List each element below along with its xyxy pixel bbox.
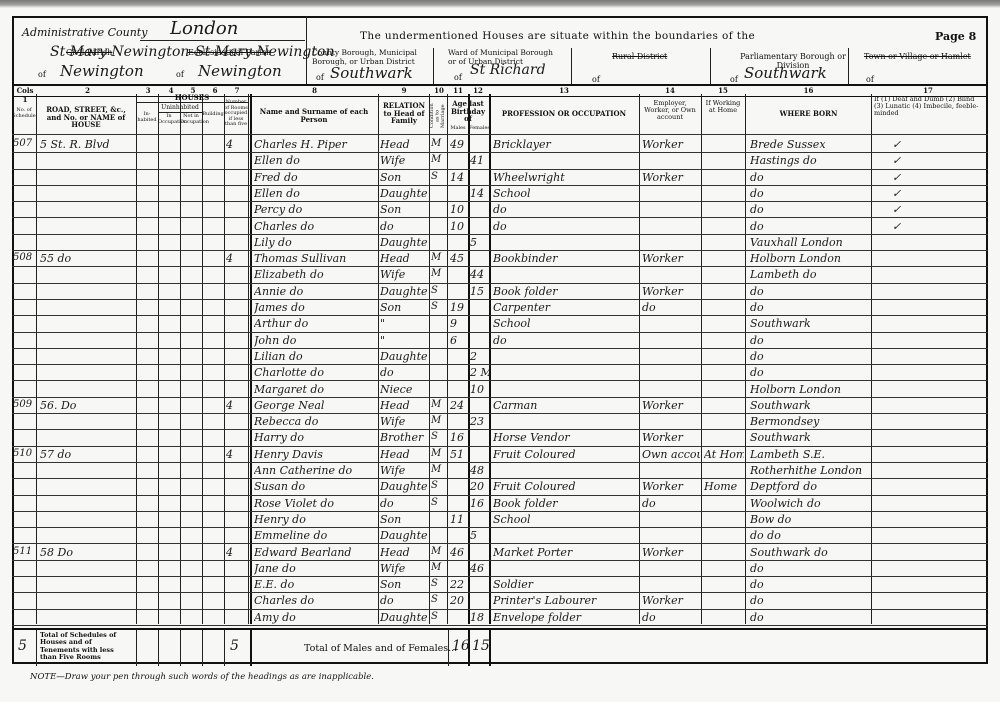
female-age-cell: 16 <box>470 497 489 510</box>
relation-cell: Daughter <box>380 350 428 363</box>
schedules-total: 5 <box>18 638 27 654</box>
female-age-cell: 15 <box>470 285 489 298</box>
occupation-cell: Wheelwright <box>493 171 638 184</box>
schedules-total-label: Total of Schedules of Houses and of Tene… <box>40 632 132 662</box>
marital-condition-cell: M <box>431 268 447 279</box>
parl-borough-value: Southwark <box>744 64 827 82</box>
person-name-cell: Ann Catherine do <box>254 464 376 477</box>
schedule-number-cell: 509 <box>13 399 35 410</box>
rooms-total: 5 <box>230 638 239 654</box>
male-age-cell: 24 <box>450 399 468 412</box>
marital-condition-cell: S <box>431 594 447 605</box>
occupation-cell: Envelope folder <box>493 611 638 624</box>
infirmity-cell: ✓ <box>892 220 952 233</box>
schedule-number-cell: 508 <box>13 252 35 263</box>
marital-condition-cell: M <box>431 546 447 557</box>
occupation-cell: Printer's Labourer <box>493 594 638 607</box>
county-borough-of: of <box>316 73 324 82</box>
table-row: Jane doWifeM46do <box>12 560 988 576</box>
table-row: Ellen doWifeM41Hastings do✓ <box>12 152 988 168</box>
employment-status-cell: do <box>642 497 700 510</box>
table-row: Elizabeth doWifeM44Lambeth do <box>12 266 988 282</box>
occupation-cell: Market Porter <box>493 546 638 559</box>
parl-borough-of: of <box>730 75 738 84</box>
county-borough-value: Southwark <box>330 64 413 82</box>
where-born-cell: do <box>750 171 870 184</box>
where-born-cell: do <box>750 594 870 607</box>
marital-condition-cell: M <box>431 154 447 165</box>
relation-cell: Head <box>380 399 428 412</box>
employment-status-cell: Worker <box>642 285 700 298</box>
person-name-cell: Henry Davis <box>254 448 376 461</box>
relation-cell: Wife <box>380 154 428 167</box>
where-born-cell: Lambeth S.E. <box>750 448 870 461</box>
table-row: Harry doBrotherS16Horse VendorWorkerSout… <box>12 429 988 445</box>
relation-cell: Daughter <box>380 236 428 249</box>
person-name-cell: George Neal <box>254 399 376 412</box>
person-name-cell: Charles do <box>254 594 376 607</box>
relation-cell: do <box>380 366 428 379</box>
where-born-cell: Vauxhall London <box>750 236 870 249</box>
col8-heading: Name and Surname of each Person <box>252 108 376 123</box>
person-name-cell: Henry do <box>254 513 376 526</box>
marital-condition-cell: S <box>431 171 447 182</box>
employment-status-cell: Worker <box>642 252 700 265</box>
marital-condition-cell: M <box>431 464 447 475</box>
where-born-cell: do <box>750 187 870 200</box>
marital-condition-cell: S <box>431 431 447 442</box>
relation-cell: Niece <box>380 383 428 396</box>
where-born-cell: do <box>750 578 870 591</box>
table-row: 50956. Do4George NealHeadM24CarmanWorker… <box>12 397 988 413</box>
where-born-cell: do <box>750 611 870 624</box>
male-age-cell: 6 <box>450 334 468 347</box>
where-born-cell: do <box>750 350 870 363</box>
col2-heading: ROAD, STREET, &c., and No. or NAME of HO… <box>38 106 134 129</box>
civil-parish-of: of <box>38 70 46 79</box>
female-age-cell: 10 <box>470 383 489 396</box>
occupation-cell: Book folder <box>493 285 638 298</box>
female-age-cell: 48 <box>470 464 489 477</box>
relation-cell: Wife <box>380 464 428 477</box>
marital-condition-cell: M <box>431 252 447 263</box>
employment-status-cell: Worker <box>642 480 700 493</box>
table-row: Amy doDaughterS18Envelope folderdodo <box>12 609 988 625</box>
relation-cell: Head <box>380 448 428 461</box>
female-age-cell: 5 <box>470 529 489 542</box>
marital-condition-cell: S <box>431 480 447 491</box>
female-age-cell: 44 <box>470 268 489 281</box>
relation-cell: Brother <box>380 431 428 444</box>
female-age-cell: 14 <box>470 187 489 200</box>
col11-12-heading: Age last Birthday of <box>448 100 488 123</box>
employment-status-cell: Worker <box>642 546 700 559</box>
infirmity-cell: ✓ <box>892 154 952 167</box>
female-age-cell: 20 <box>470 480 489 493</box>
col6-heading: Building <box>202 112 224 118</box>
where-born-cell: Brede Sussex <box>750 138 870 151</box>
schedule-number-cell: 507 <box>13 138 35 149</box>
relation-cell: Daughter <box>380 529 428 542</box>
person-name-cell: Percy do <box>254 203 376 216</box>
employment-status-cell: Worker <box>642 431 700 444</box>
where-born-cell: do do <box>750 529 870 542</box>
occupation-cell: Carman <box>493 399 638 412</box>
occupation-cell: do <box>493 220 638 233</box>
where-born-cell: Bermondsey <box>750 415 870 428</box>
relation-cell: Wife <box>380 268 428 281</box>
employment-status-cell: Own account <box>642 448 700 461</box>
marital-condition-cell: M <box>431 562 447 573</box>
where-born-cell: Southwark <box>750 317 870 330</box>
female-age-cell: 5 <box>470 236 489 249</box>
marital-condition-cell: M <box>431 415 447 426</box>
footnote: NOTE—Draw your pen through such words of… <box>30 672 374 682</box>
females-total: 15 <box>472 638 490 654</box>
admin-county-value: London <box>170 18 238 39</box>
employment-status-cell: do <box>642 301 700 314</box>
male-age-cell: 9 <box>450 317 468 330</box>
person-name-cell: John do <box>254 334 376 347</box>
intro-text: The undermentioned Houses are situate wi… <box>360 30 755 42</box>
col15-heading: If Working at Home <box>702 100 744 114</box>
relation-cell: do <box>380 220 428 233</box>
marital-condition-cell: S <box>431 285 447 296</box>
relation-cell: Daughter <box>380 480 428 493</box>
person-name-cell: Susan do <box>254 480 376 493</box>
occupation-cell: Bricklayer <box>493 138 638 151</box>
col14-heading: Employer, Worker, or Own account <box>640 100 700 121</box>
person-name-cell: Arthur do <box>254 317 376 330</box>
where-born-cell: do <box>750 366 870 379</box>
person-name-cell: Edward Bearland <box>254 546 376 559</box>
person-name-cell: E.E. do <box>254 578 376 591</box>
relation-cell: Son <box>380 203 428 216</box>
col4-heading: In Occupation <box>158 114 180 125</box>
where-born-cell: Bow do <box>750 513 870 526</box>
table-row: Rose Violet dodoS16Book folderdoWoolwich… <box>12 495 988 511</box>
scan-edge <box>0 0 1000 8</box>
occupation-cell: School <box>493 513 638 526</box>
table-row: Annie doDaughterS15Book folderWorkerdo <box>12 283 988 299</box>
where-born-cell: Rotherhithe London <box>750 464 870 477</box>
marital-condition-cell: S <box>431 301 447 312</box>
table-row: Arthur do"9SchoolSouthwark <box>12 315 988 331</box>
male-age-cell: 19 <box>450 301 468 314</box>
female-age-cell: 2 Mo <box>470 366 489 379</box>
rooms-occupied-cell: 4 <box>226 448 248 461</box>
col17-heading: If (1) Deaf and Dumb (2) Blind (3) Lunat… <box>874 96 982 117</box>
table-row: John do"6dodo <box>12 332 988 348</box>
female-age-cell: 23 <box>470 415 489 428</box>
infirmity-cell: ✓ <box>892 203 952 216</box>
table-row: James doSonS19Carpenterdodo <box>12 299 988 315</box>
male-age-cell: 22 <box>450 578 468 591</box>
female-age-cell: 41 <box>470 154 489 167</box>
marital-condition-cell: M <box>431 138 447 149</box>
civil-parish-of-value: Newington <box>60 62 144 80</box>
person-name-cell: Lilian do <box>254 350 376 363</box>
occupation-cell: Book folder <box>493 497 638 510</box>
person-name-cell: Thomas Sullivan <box>254 252 376 265</box>
male-age-cell: 11 <box>450 513 468 526</box>
schedule-number-cell: 511 <box>13 546 35 557</box>
employment-status-cell: Worker <box>642 171 700 184</box>
person-name-cell: Elizabeth do <box>254 268 376 281</box>
relation-cell: do <box>380 594 428 607</box>
table-row: Margaret doNiece10Holborn London <box>12 381 988 397</box>
relation-cell: Daughter <box>380 611 428 624</box>
employment-status-cell: Worker <box>642 594 700 607</box>
infirmity-cell: ✓ <box>892 171 952 184</box>
where-born-cell: do <box>750 334 870 347</box>
where-born-cell: do <box>750 301 870 314</box>
occupation-cell: Bookbinder <box>493 252 638 265</box>
male-age-cell: 16 <box>450 431 468 444</box>
relation-cell: Son <box>380 513 428 526</box>
where-born-cell: Hastings do <box>750 154 870 167</box>
col9-heading: RELATION to Head of Family <box>379 102 429 125</box>
person-name-cell: Rose Violet do <box>254 497 376 510</box>
col7-heading: Number of Rooms occupied if less than fi… <box>224 100 248 128</box>
table-row: Fred doSonS14WheelwrightWorkerdo✓ <box>12 169 988 185</box>
female-age-cell: 46 <box>470 562 489 575</box>
person-name-cell: Jane do <box>254 562 376 575</box>
table-row: Henry doSon11SchoolBow do <box>12 511 988 527</box>
table-row: Ellen doDaughter14Schooldo✓ <box>12 185 988 201</box>
col5-heading: Not in Occupation <box>180 114 202 125</box>
marital-condition-cell: M <box>431 448 447 459</box>
rooms-occupied-cell: 4 <box>226 138 248 151</box>
table-row: Lily doDaughter5Vauxhall London <box>12 234 988 250</box>
col1-heading: No. of Schedule <box>12 108 36 119</box>
table-row: Percy doSon10dodo✓ <box>12 201 988 217</box>
relation-cell: Head <box>380 138 428 151</box>
relation-cell: Daughter <box>380 187 428 200</box>
male-age-cell: 45 <box>450 252 468 265</box>
civil-parish-value: St Mary Newington <box>50 44 189 60</box>
census-page: Administrative County London The underme… <box>0 0 1000 702</box>
person-name-cell: Emmeline do <box>254 529 376 542</box>
rooms-occupied-cell: 4 <box>226 399 248 412</box>
occupation-cell: Soldier <box>493 578 638 591</box>
male-age-cell: 46 <box>450 546 468 559</box>
uninhabited-heading: Uninhabited <box>158 105 202 113</box>
relation-cell: Son <box>380 301 428 314</box>
males-total: 16 <box>452 638 470 654</box>
marital-condition-cell: S <box>431 497 447 508</box>
person-name-cell: Ellen do <box>254 187 376 200</box>
person-name-cell: Charles H. Piper <box>254 138 376 151</box>
where-born-cell: Southwark <box>750 399 870 412</box>
employment-status-cell: Worker <box>642 399 700 412</box>
col12-heading: Females <box>469 126 489 132</box>
table-row: 51158 Do4Edward BearlandHeadM46Market Po… <box>12 544 988 560</box>
table-row: Charlotte dodo2 Modo <box>12 364 988 380</box>
marital-condition-cell: M <box>431 399 447 410</box>
infirmity-cell: ✓ <box>892 187 952 200</box>
rural-district-label: Rural District <box>612 52 667 61</box>
marital-condition-cell: S <box>431 578 447 589</box>
relation-cell: Son <box>380 171 428 184</box>
person-name-cell: James do <box>254 301 376 314</box>
town-village-of: of <box>866 75 874 84</box>
female-age-cell: 2 <box>470 350 489 363</box>
relation-cell: Daughter <box>380 285 428 298</box>
working-at-home-cell: At Home <box>704 448 744 461</box>
relation-cell: Head <box>380 252 428 265</box>
col16-heading: WHERE BORN <box>746 110 871 118</box>
occupation-cell: School <box>493 317 638 330</box>
occupation-cell: Fruit Coloured <box>493 448 638 461</box>
address-cell: 5 St. R. Blvd <box>40 138 134 151</box>
eccl-parish-of: of <box>176 70 184 79</box>
occupation-cell: School <box>493 187 638 200</box>
infirmity-cell: ✓ <box>892 138 952 151</box>
rooms-occupied-cell: 4 <box>226 546 248 559</box>
male-age-cell: 49 <box>450 138 468 151</box>
table-row: Susan doDaughterS20Fruit ColouredWorkerH… <box>12 478 988 494</box>
col3-heading: In-habited <box>136 112 158 123</box>
marital-condition-cell: S <box>431 611 447 622</box>
address-cell: 55 do <box>40 252 134 265</box>
ward-value: St Richard <box>470 62 546 78</box>
address-cell: 57 do <box>40 448 134 461</box>
table-row: Lilian doDaughter2do <box>12 348 988 364</box>
col13-heading: PROFESSION OR OCCUPATION <box>490 110 638 118</box>
where-born-cell: Southwark <box>750 431 870 444</box>
males-females-label: Total of Males and of Females... <box>304 643 457 654</box>
relation-cell: " <box>380 317 428 330</box>
where-born-cell: do <box>750 562 870 575</box>
relation-cell: Son <box>380 578 428 591</box>
table-row: 51057 do4Henry DavisHeadM51Fruit Coloure… <box>12 446 988 462</box>
page-number: Page 8 <box>935 30 976 43</box>
address-cell: 56. Do <box>40 399 134 412</box>
occupation-cell: Carpenter <box>493 301 638 314</box>
person-name-cell: Rebecca do <box>254 415 376 428</box>
relation-cell: Wife <box>380 562 428 575</box>
where-born-cell: Woolwich do <box>750 497 870 510</box>
where-born-cell: Southwark do <box>750 546 870 559</box>
col11-heading: Males <box>448 126 468 132</box>
person-name-cell: Charles do <box>254 220 376 233</box>
employment-status-cell: Worker <box>642 138 700 151</box>
ward-of: of <box>454 73 462 82</box>
female-age-cell: 18 <box>470 611 489 624</box>
where-born-cell: Holborn London <box>750 383 870 396</box>
person-name-cell: Amy do <box>254 611 376 624</box>
occupation-cell: Fruit Coloured <box>493 480 638 493</box>
person-name-cell: Ellen do <box>254 154 376 167</box>
occupation-cell: Horse Vendor <box>493 431 638 444</box>
census-table: No. of Schedule ROAD, STREET, &c., and N… <box>12 94 988 624</box>
relation-cell: Head <box>380 546 428 559</box>
relation-cell: " <box>380 334 428 347</box>
person-name-cell: Fred do <box>254 171 376 184</box>
rural-district-of: of <box>592 75 600 84</box>
employment-status-cell: do <box>642 611 700 624</box>
town-village-label: Town or Village or Hamlet <box>864 52 971 61</box>
where-born-cell: Holborn London <box>750 252 870 265</box>
person-name-cell: Annie do <box>254 285 376 298</box>
schedule-number-cell: 510 <box>13 448 35 459</box>
male-age-cell: 51 <box>450 448 468 461</box>
male-age-cell: 10 <box>450 220 468 233</box>
address-cell: 58 Do <box>40 546 134 559</box>
table-row: Emmeline doDaughter5do do <box>12 527 988 543</box>
table-row: E.E. doSonS22Soldierdo <box>12 576 988 592</box>
table-row: 50855 do4Thomas SullivanHeadM45Bookbinde… <box>12 250 988 266</box>
rooms-occupied-cell: 4 <box>226 252 248 265</box>
relation-cell: Wife <box>380 415 428 428</box>
where-born-cell: do <box>750 203 870 216</box>
eccl-parish-of-value: Newington <box>198 62 282 80</box>
table-row: Ann Catherine doWifeM48Rotherhithe Londo… <box>12 462 988 478</box>
where-born-cell: do <box>750 220 870 233</box>
where-born-cell: Deptford do <box>750 480 870 493</box>
occupation-cell: do <box>493 203 638 216</box>
where-born-cell: do <box>750 285 870 298</box>
person-name-cell: Charlotte do <box>254 366 376 379</box>
occupation-cell: do <box>493 334 638 347</box>
male-age-cell: 14 <box>450 171 468 184</box>
totals-row: 5 Total of Schedules of Houses and of Te… <box>12 628 988 666</box>
person-name-cell: Margaret do <box>254 383 376 396</box>
col10-heading: Condition as to Marriage <box>430 102 447 130</box>
relation-cell: do <box>380 497 428 510</box>
where-born-cell: Lambeth do <box>750 268 870 281</box>
admin-county-label: Administrative County <box>22 26 147 39</box>
person-name-cell: Harry do <box>254 431 376 444</box>
table-row: Charles dodoS20Printer's LabourerWorkerd… <box>12 592 988 608</box>
table-row: 5075 St. R. Blvd4Charles H. PiperHeadM49… <box>12 136 988 152</box>
working-at-home-cell: Home <box>704 480 744 493</box>
table-row: Rebecca doWifeM23Bermondsey <box>12 413 988 429</box>
male-age-cell: 20 <box>450 594 468 607</box>
person-name-cell: Lily do <box>254 236 376 249</box>
male-age-cell: 10 <box>450 203 468 216</box>
table-row: Charles dodo10dodo✓ <box>12 218 988 234</box>
